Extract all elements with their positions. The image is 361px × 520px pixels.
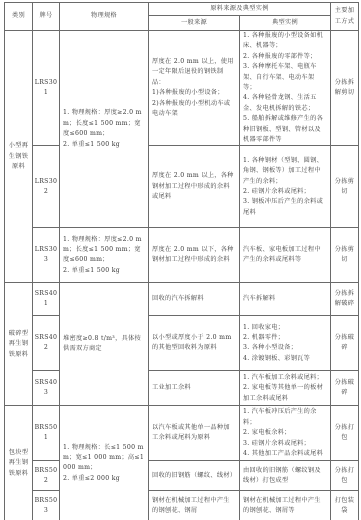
example-line: 3. 各种摩托车架、电瓶车架、自行车架、电动车架等；: [243, 62, 327, 93]
source-line: 厚度在 2.0 mm 以上，各种钢材加工过程中形成的余料或尾料: [152, 171, 236, 202]
spec-line: 1. 物理规格：厚度≤2.0 mm；长度≤1 500 mm；宽度≤600 mm；: [63, 235, 145, 266]
physical-spec-cell: 1. 物理规格：长≤1 500 mm；宽≤1 000 mm；高≤1 000 mm…: [60, 406, 149, 520]
table-row: 破碎型再生钢铁原料 SRS401 堆密度≥0.8 t/m³，具体按供需双方商定 …: [5, 283, 359, 316]
typical-example-cell: 钢材在机械加工过程中产生的钢刨花、钢屑等: [240, 491, 331, 520]
example-line: 钢材在机械加工过程中产生的钢刨花、钢屑等: [243, 496, 327, 517]
grade-cell: SRS403: [33, 371, 60, 406]
spec-line: 堆密度≥0.8 t/m³，具体按供需双方商定: [63, 334, 145, 355]
example-line: 汽车板、家电板加工过程中产生的余料或尾料等: [243, 245, 327, 266]
processing-cell: 分拣剪切: [331, 146, 359, 228]
example-line: 3. 硅钢片余料或尾料；: [243, 439, 327, 449]
general-source-cell: 厚度在 2.0 mm 以上，使用一定年限后退役的钢铁制品： 1)各种报废的小型设…: [149, 31, 240, 146]
processing-cell: 分拣剪切: [331, 228, 359, 283]
grade-cell: BRS502: [33, 461, 60, 491]
example-line: 1. 各种报废的小型设备如机床、机器等；: [243, 31, 327, 52]
general-source-cell: 厚度在 2.0 mm 以下，各种钢材加工过程中形成的余料: [149, 228, 240, 283]
example-line: 1. 汽车板冲压后产生的余料；: [243, 407, 327, 428]
typical-example-cell: 1. 汽车板冲压后产生的余料； 2. 家电板余料； 3. 硅钢片余料或尾料； 4…: [240, 406, 331, 461]
source-line: 工业加工余料: [152, 383, 236, 393]
category-cell: 小型再生钢铁原料: [5, 31, 33, 283]
grade-cell: LRS301: [33, 31, 60, 146]
processing-cell: 分拣破碎: [331, 316, 359, 371]
general-source-cell: 回收的汽车拆解料: [149, 283, 240, 316]
physical-spec-cell: 堆密度≥0.8 t/m³，具体按供需双方商定: [60, 283, 149, 406]
source-line: 2)各种报废的小型机动车或电动车架: [152, 99, 236, 120]
source-line: 回收的汽车拆解料: [152, 294, 236, 304]
example-line: 1. 汽车板加工余料或尾料；: [243, 373, 327, 383]
typical-example-cell: 汽车板、家电板加工过程中产生的余料或尾料等: [240, 228, 331, 283]
example-line: 4. 其他加工产品余料或尾料: [243, 449, 327, 459]
processing-cell: 分拣拆解破碎: [331, 283, 359, 316]
spec-line: 2. 单重≤1 500 kg: [63, 266, 145, 276]
typical-example-cell: 汽车拆解料: [240, 283, 331, 316]
table-row: 小型再生钢铁原料 LRS301 1. 物理规格：厚度≥2.0 mm；长度≤1 5…: [5, 31, 359, 146]
header-category: 类别: [5, 3, 33, 31]
processing-cell: 打包装袋: [331, 491, 359, 520]
general-source-cell: 钢材在机械加工过程中产生的钢刨花、钢屑: [149, 491, 240, 520]
example-line: 5. 船舶拆解或维修产生的各种旧钢板、型钢、管材以及机器零部件等: [243, 114, 327, 145]
example-line: 3. 各种小型设备；: [243, 343, 327, 353]
physical-spec-cell: 1. 物理规格：厚度≤2.0 mm；长度≤1 500 mm；宽度≤600 mm；…: [60, 228, 149, 283]
typical-example-cell: 1. 各种钢材（型钢、圆钢、角钢、钢板等）加工过程中产生的余料； 2. 硅钢片余…: [240, 146, 331, 228]
general-source-cell: 回收的旧钢筋（螺纹、线材）: [149, 461, 240, 491]
spec-line: 2. 单重≤2 000 kg: [63, 474, 145, 484]
table-row: 包块型再生钢铁原料 BRS501 1. 物理规格：长≤1 500 mm；宽≤1 …: [5, 406, 359, 461]
header-general-source: 一般来源: [149, 16, 240, 31]
example-line: 2. 各种报废的零部件等；: [243, 52, 327, 62]
example-line: 1. 回收家电；: [243, 323, 327, 333]
example-line: 汽车拆解料: [243, 294, 327, 304]
processing-cell: 分拣破碎: [331, 371, 359, 406]
source-line: 1)各种报废的小型设备；: [152, 88, 236, 98]
general-source-cell: 工业加工余料: [149, 371, 240, 406]
grade-cell: LRS303: [33, 228, 60, 283]
processing-cell: 分拣拆解剪切: [331, 31, 359, 146]
spec-line: 1. 物理规格：长≤1 500 mm；宽≤1 000 mm；高≤1 000 mm…: [63, 443, 145, 474]
physical-spec-cell: 1. 物理规格：厚度≥2.0 mm；长度≤1 500 mm；宽度≤600 mm；…: [60, 31, 149, 228]
table-row: BRS502 回收的旧钢筋（螺纹、线材） 由回收的旧钢筋（螺纹钢及线材）打包成型…: [5, 461, 359, 491]
grade-cell: LRS302: [33, 146, 60, 228]
spec-line: 1. 物理规格：厚度≥2.0 mm；长度≤1 500 mm；宽度≤600 mm；: [63, 108, 145, 139]
typical-example-cell: 1. 回收家电； 2. 机器零件； 3. 各种小型设备； 4. 涂镀钢板、彩钢瓦…: [240, 316, 331, 371]
source-line: 厚度在 2.0 mm 以上，使用一定年限后退役的钢铁制品：: [152, 57, 236, 88]
general-source-cell: 以小型或厚度小于 2.0 mm 的其他型回收料为原料: [149, 316, 240, 371]
source-line: 以小型或厚度小于 2.0 mm 的其他型回收料为原料: [152, 333, 236, 354]
header-typical-example: 典型实例: [240, 16, 331, 31]
general-source-cell: 以汽车板或其他单一品种加工余料或尾料为原料: [149, 406, 240, 461]
example-line: 2. 家电板余料；: [243, 428, 327, 438]
typical-example-cell: 1. 汽车板加工余料或尾料； 2. 家电板等其他单一的板材加工余料或尾料: [240, 371, 331, 406]
table-row: BRS503 钢材在机械加工过程中产生的钢刨花、钢屑 钢材在机械加工过程中产生的…: [5, 491, 359, 520]
example-line: 4. 各种轻骨龙钢、生活五金、发电机拆解的铁芯；: [243, 93, 327, 114]
header-grade: 牌号: [33, 3, 60, 31]
spec-line: 2. 单重≤1 500 kg: [63, 140, 145, 150]
source-line: 钢材在机械加工过程中产生的钢刨花、钢屑: [152, 496, 236, 517]
source-line: 以汽车板或其他单一品种加工余料或尾料为原料: [152, 423, 236, 444]
table-row: LRS302 厚度在 2.0 mm 以上，各种钢材加工过程中形成的余料或尾料 1…: [5, 146, 359, 228]
header-processing: 主要加工方式: [331, 3, 359, 31]
table-row: SRS402 以小型或厚度小于 2.0 mm 的其他型回收料为原料 1. 回收家…: [5, 316, 359, 371]
source-line: 厚度在 2.0 mm 以下，各种钢材加工过程中形成的余料: [152, 245, 236, 266]
typical-example-cell: 由回收的旧钢筋（螺纹钢及线材）打包成型: [240, 461, 331, 491]
example-line: 4. 涂镀钢板、彩钢瓦等: [243, 354, 327, 364]
example-line: 1. 各种钢材（型钢、圆钢、角钢、钢板等）加工过程中产生的余料；: [243, 156, 327, 187]
header-physical-spec: 物理规格: [60, 3, 149, 31]
example-line: 3. 钢板冲压后产生的余料或尾料: [243, 197, 327, 218]
category-cell: 包块型再生钢铁原料: [5, 406, 33, 520]
example-line: 由回收的旧钢筋（螺纹钢及线材）打包成型: [243, 466, 327, 487]
processing-cell: 分拣打包: [331, 461, 359, 491]
grade-cell: SRS401: [33, 283, 60, 316]
example-line: 2. 机器零件；: [243, 333, 327, 343]
general-source-cell: 厚度在 2.0 mm 以上，各种钢材加工过程中形成的余料或尾料: [149, 146, 240, 228]
grade-cell: SRS402: [33, 316, 60, 371]
typical-example-cell: 1. 各种报废的小型设备如机床、机器等； 2. 各种报废的零部件等； 3. 各种…: [240, 31, 331, 146]
table-row: SRS403 工业加工余料 1. 汽车板加工余料或尾料； 2. 家电板等其他单一…: [5, 371, 359, 406]
category-cell: 破碎型再生钢铁原料: [5, 283, 33, 406]
header-source-group: 原料来源及典型实例: [149, 3, 331, 16]
example-line: 2. 家电板等其他单一的板材加工余料或尾料: [243, 383, 327, 404]
grade-cell: BRS501: [33, 406, 60, 461]
example-line: 2. 硅钢片余料或尾料；: [243, 187, 327, 197]
steel-scrap-classification-table: 类别 牌号 物理规格 原料来源及典型实例 主要加工方式 一般来源 典型实例 小型…: [4, 2, 359, 520]
source-line: 回收的旧钢筋（螺纹、线材）: [152, 471, 236, 481]
processing-cell: 分拣打包: [331, 406, 359, 461]
table-row: LRS303 1. 物理规格：厚度≤2.0 mm；长度≤1 500 mm；宽度≤…: [5, 228, 359, 283]
grade-cell: BRS503: [33, 491, 60, 520]
